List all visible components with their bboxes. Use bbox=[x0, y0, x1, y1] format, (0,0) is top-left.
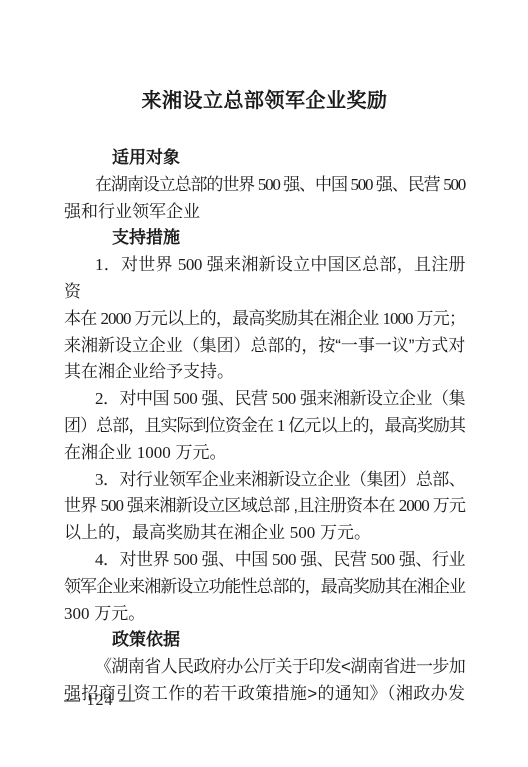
text-line: 其在湘企业给予支持。 bbox=[64, 359, 465, 386]
text-line: 世界 500 强来湘新设立区域总部 ,且注册资本在 2000 万元 bbox=[64, 493, 465, 520]
text-line: 在湘企业 1000 万元。 bbox=[64, 440, 465, 467]
serif-number: 500 bbox=[272, 389, 296, 408]
serif-number: 2000 bbox=[101, 309, 131, 328]
text-line: 领军企业来湘新设立功能性总部的，最高奖励其在湘企业 bbox=[64, 574, 465, 601]
text-line: 来湘新设立企业（集团）总部的，按“一事一议”方式对 bbox=[64, 333, 465, 360]
serif-number: 1000 bbox=[137, 443, 171, 462]
document-content: 来湘设立总部领军企业奖励 适用对象在湖南设立总部的世界 500 强、中国 500… bbox=[64, 84, 465, 708]
serif-number: 500 bbox=[272, 550, 296, 569]
page-number: — 124 — bbox=[64, 691, 136, 711]
text-line: 4．对世界 500 强、中国 500 强、民营 500 强、行业 bbox=[64, 547, 465, 574]
serif-number: 300 bbox=[64, 604, 90, 623]
text-line: 300 万元。 bbox=[64, 601, 465, 628]
serif-number: 2000 bbox=[399, 496, 429, 515]
serif-number: 500 bbox=[173, 550, 197, 569]
document-page: 来湘设立总部领军企业奖励 适用对象在湖南设立总部的世界 500 强、中国 500… bbox=[0, 0, 528, 767]
text-line: 以上的，最高奖励其在湘企业 500 万元。 bbox=[64, 520, 465, 547]
serif-number: 500 bbox=[173, 389, 197, 408]
serif-number: 500 bbox=[258, 175, 280, 194]
serif-number: 500 bbox=[290, 523, 316, 542]
text-line: 在湖南设立总部的世界 500 强、中国 500 强、民营 500 bbox=[64, 172, 465, 199]
serif-number: 1000 bbox=[382, 309, 412, 328]
serif-number: 124 bbox=[86, 692, 113, 709]
serif-number: 500 bbox=[443, 175, 465, 194]
serif-number: 3 bbox=[95, 470, 103, 489]
document-lines: 适用对象在湖南设立总部的世界 500 强、中国 500 强、民营 500强和行业… bbox=[64, 145, 465, 708]
serif-number: 2 bbox=[95, 389, 103, 408]
text-line: 团）总部，且实际到位资金在 1 亿元以上的，最高奖励其 bbox=[64, 413, 465, 440]
text-line: 本在 2000 万元以上的，最高奖励其在湘企业 1000 万元； bbox=[64, 306, 465, 333]
serif-number: 500 bbox=[100, 496, 123, 515]
serif-number: 1 bbox=[277, 416, 285, 435]
serif-number: 500 bbox=[178, 255, 202, 274]
text-line: 3．对行业领军企业来湘新设立企业（集团）总部、 bbox=[64, 467, 465, 494]
page-title: 来湘设立总部领军企业奖励 bbox=[64, 84, 465, 118]
serif-number: 500 bbox=[371, 550, 395, 569]
serif-number: 500 bbox=[351, 175, 373, 194]
text-line: 1．对世界 500 强来湘新设立中国区总部，且注册资 bbox=[64, 252, 465, 306]
text-line: 支持措施 bbox=[64, 225, 465, 252]
text-line: 适用对象 bbox=[64, 145, 465, 172]
text-line: 强和行业领军企业 bbox=[64, 199, 465, 226]
serif-number: 4 bbox=[95, 550, 103, 569]
text-line: 2．对中国 500 强、民营 500 强来湘新设立企业（集 bbox=[64, 386, 465, 413]
text-line: 《湖南省人民政府办公厅关于印发<湖南省进一步加 bbox=[64, 654, 465, 681]
serif-number: 1 bbox=[95, 255, 103, 274]
text-line: 政策依据 bbox=[64, 627, 465, 654]
